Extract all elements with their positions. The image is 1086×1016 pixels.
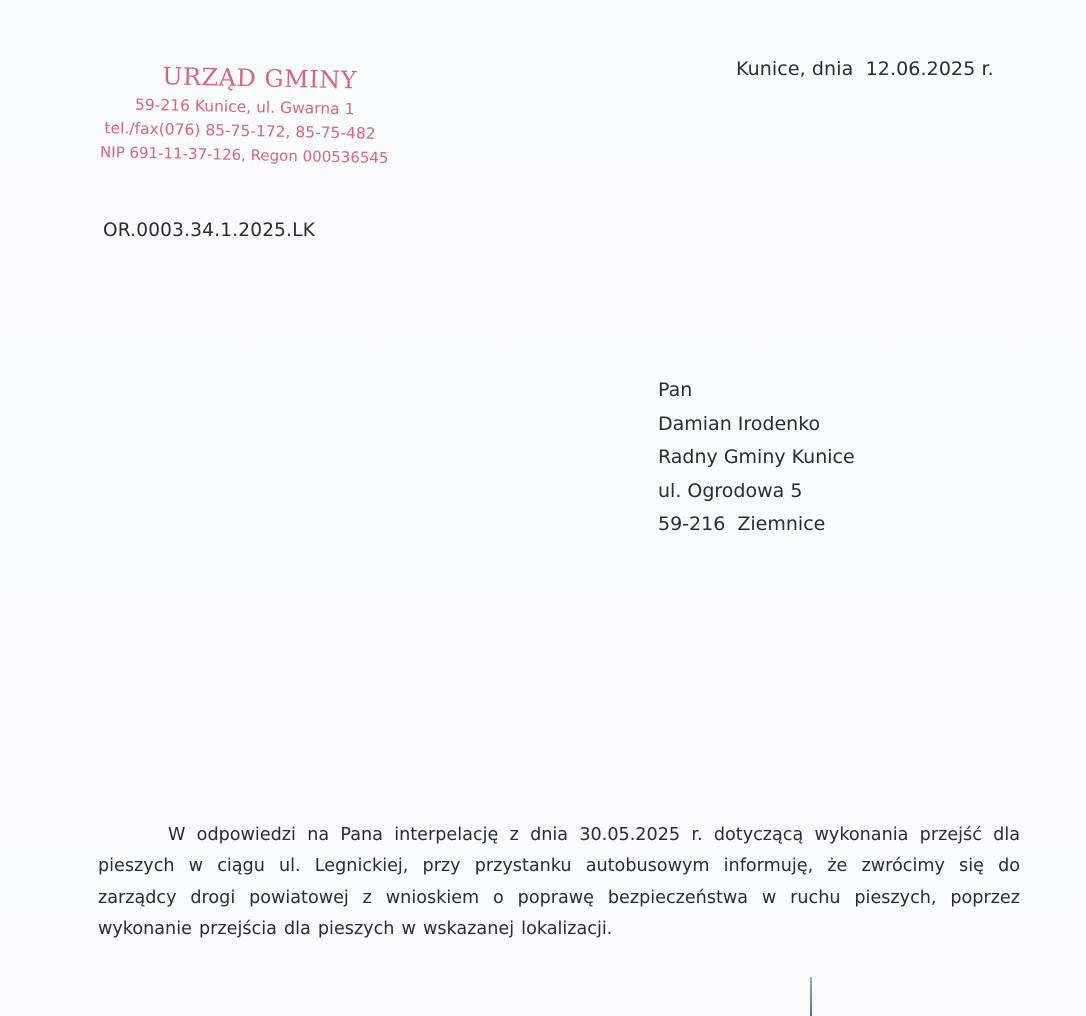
letter-body-paragraph: W odpowiedzi na Pana interpelację z dnia… (98, 820, 1020, 946)
place-and-date: Kunice, dnia 12.06.2025 r. (736, 58, 994, 80)
signature-stroke (810, 977, 812, 1016)
recipient-title: Radny Gminy Kunice (658, 441, 855, 475)
recipient-street: ul. Ogrodowa 5 (658, 475, 855, 509)
recipient-block: Pan Damian Irodenko Radny Gminy Kunice u… (658, 374, 855, 542)
recipient-city: 59-216 Ziemnice (658, 508, 855, 542)
letter-page: URZĄD GMINY 59-216 Kunice, ul. Gwarna 1 … (0, 0, 1086, 1016)
recipient-salutation: Pan (658, 374, 855, 408)
recipient-name: Damian Irodenko (658, 408, 855, 442)
office-stamp: URZĄD GMINY 59-216 Kunice, ul. Gwarna 1 … (98, 58, 430, 171)
reference-number: OR.0003.34.1.2025.LK (103, 220, 315, 241)
